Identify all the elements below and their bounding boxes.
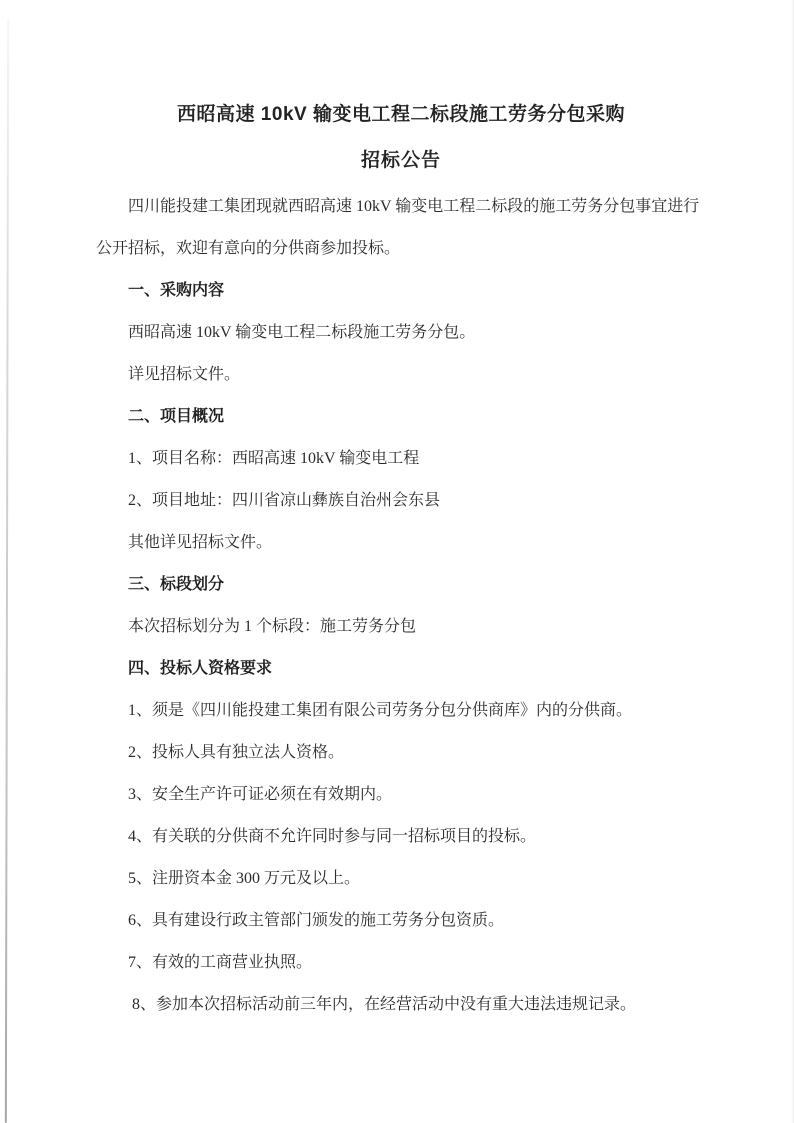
paragraph: 西昭高速 10kV 输变电工程二标段施工劳务分包。 xyxy=(96,312,706,354)
document-content: 西昭高速 10kV 输变电工程二标段施工劳务分包采购 招标公告 四川能投建工集团… xyxy=(96,0,706,1026)
section-heading: 四、投标人资格要求 xyxy=(96,648,706,690)
paragraph: 3、安全生产许可证必须在有效期内。 xyxy=(96,774,706,816)
section-heading: 二、项目概况 xyxy=(96,396,706,438)
paragraph: 其他详见招标文件。 xyxy=(96,522,706,564)
paragraph: 7、有效的工商营业执照。 xyxy=(96,942,706,984)
scan-edge-artifact-left xyxy=(5,18,9,1123)
paragraph: 5、注册资本金 300 万元及以上。 xyxy=(96,858,706,900)
paragraph: 2、项目地址：四川省凉山彝族自治州会东县 xyxy=(96,480,706,522)
paragraph: 8、参加本次招标活动前三年内，在经营活动中没有重大违法违规记录。 xyxy=(96,984,706,1026)
paragraph: 1、须是《四川能投建工集团有限公司劳务分包分供商库》内的分供商。 xyxy=(96,690,706,732)
paragraph: 1、项目名称：西昭高速 10kV 输变电工程 xyxy=(96,438,706,480)
section-bid-lot-division: 三、标段划分 本次招标划分为 1 个标段：施工劳务分包 xyxy=(96,564,706,648)
paragraph: 2、投标人具有独立法人资格。 xyxy=(96,732,706,774)
paragraph: 本次招标划分为 1 个标段：施工劳务分包 xyxy=(96,606,706,648)
intro-paragraph: 四川能投建工集团现就西昭高速 10kV 输变电工程二标段的施工劳务分包事宜进行公… xyxy=(96,186,706,270)
section-procurement-content: 一、采购内容 西昭高速 10kV 输变电工程二标段施工劳务分包。 详见招标文件。 xyxy=(96,270,706,396)
section-bidder-qualifications: 四、投标人资格要求 1、须是《四川能投建工集团有限公司劳务分包分供商库》内的分供… xyxy=(96,648,706,1026)
section-heading: 一、采购内容 xyxy=(96,270,706,312)
paragraph: 4、有关联的分供商不允许同时参与同一招标项目的投标。 xyxy=(96,816,706,858)
section-project-overview: 二、项目概况 1、项目名称：西昭高速 10kV 输变电工程 2、项目地址：四川省… xyxy=(96,396,706,564)
paragraph: 6、具有建设行政主管部门颁发的施工劳务分包资质。 xyxy=(96,900,706,942)
paragraph: 详见招标文件。 xyxy=(96,354,706,396)
scanned-document-page: 西昭高速 10kV 输变电工程二标段施工劳务分包采购 招标公告 四川能投建工集团… xyxy=(0,0,794,1123)
document-title: 西昭高速 10kV 输变电工程二标段施工劳务分包采购 xyxy=(96,101,706,129)
document-subtitle: 招标公告 xyxy=(96,147,706,175)
section-heading: 三、标段划分 xyxy=(96,564,706,606)
document-body: 四川能投建工集团现就西昭高速 10kV 输变电工程二标段的施工劳务分包事宜进行公… xyxy=(96,186,706,1026)
